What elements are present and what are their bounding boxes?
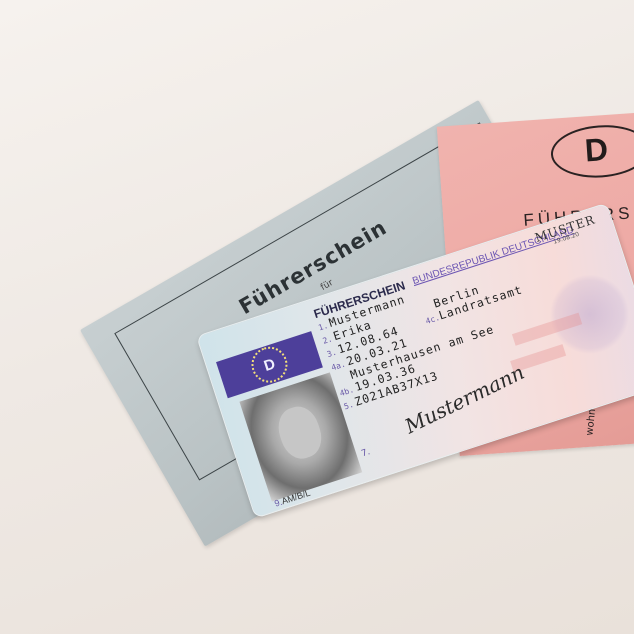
photo-scene: Führerschein für D FÜHRERSCHEIN wohn FÜH… [0, 0, 634, 634]
pink-license-edge-text: wohn [584, 408, 598, 436]
eu-country-code: D [262, 355, 278, 375]
country-code: D [584, 131, 610, 170]
face-image [273, 402, 327, 464]
signature-label: 7. [360, 447, 371, 459]
eu-stars-icon: D [247, 342, 292, 387]
